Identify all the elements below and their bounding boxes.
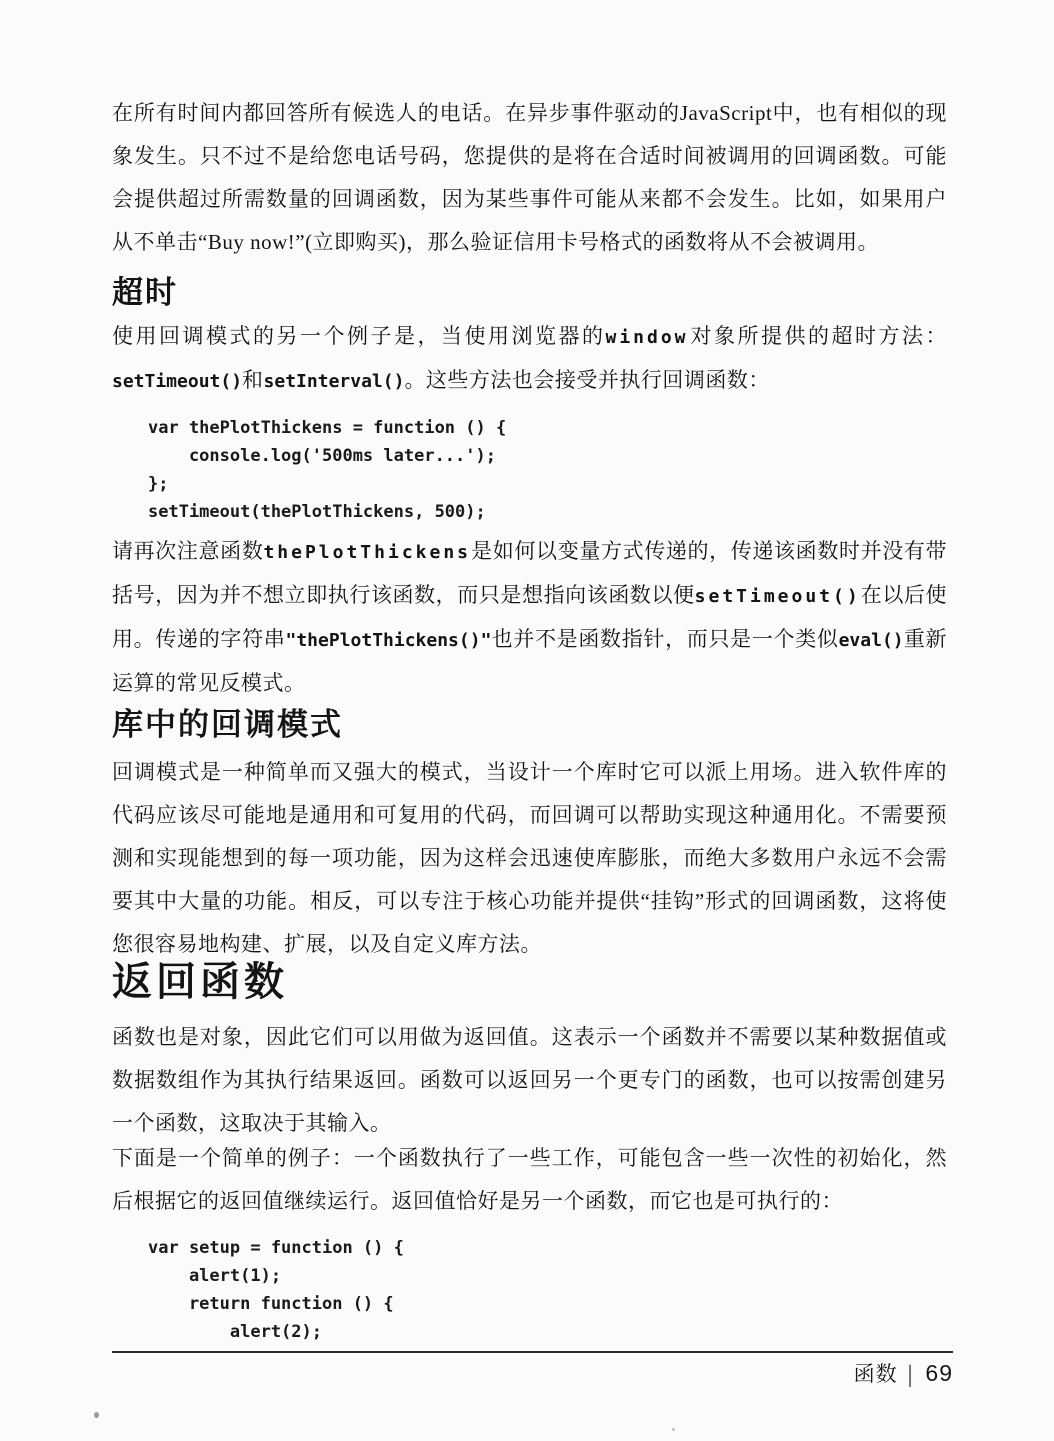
paragraph-timeout: 使用回调模式的另一个例子是，当使用浏览器的window对象所提供的超时方法：se… [112, 315, 947, 403]
code-line: setTimeout(thePlotThickens, 500); [148, 498, 983, 526]
scan-speck [672, 1428, 675, 1431]
paragraph-functions-as-return-values: 函数也是对象，因此它们可以用做为返回值。这表示一个函数并不需要以某种数据值或数据… [112, 1016, 947, 1145]
page-footer: 函数|69 [112, 1358, 953, 1390]
text-run: 请再次注意函数 [112, 539, 263, 563]
code-line: var setup = function () { [148, 1234, 983, 1262]
scan-speck [94, 1412, 99, 1418]
heading-callback-patterns-in-libraries: 库中的回调模式 [112, 708, 947, 742]
book-page-scan: 在所有时间内都回答所有候选人的电话。在异步事件驱动的JavaScript中，也有… [0, 0, 1054, 1441]
text-run: 使用回调模式的另一个例子是，当使用浏览器的 [112, 324, 605, 348]
paragraph-timeout-note: 请再次注意函数thePlotThickens是如何以变量方式传递的，传递该函数时… [112, 530, 947, 705]
text-run: 和 [242, 368, 264, 392]
code-line: console.log('500ms later...'); [148, 442, 983, 470]
code-line: alert(2); [148, 1318, 983, 1346]
code-block-setup-example: var setup = function () { alert(1); retu… [112, 1234, 983, 1346]
footer-page-number: 69 [925, 1360, 953, 1386]
code-line: return function () { [148, 1290, 983, 1318]
inline-code-setinterval: setInterval() [264, 371, 405, 392]
code-block-settimeout-example: var thePlotThickens = function () { cons… [112, 414, 983, 526]
text-run: 也并不是函数指针，而只是一个类似 [491, 627, 838, 651]
text-run: 。这些方法也会接受并执行回调函数： [404, 368, 770, 392]
code-line: alert(1); [148, 1262, 983, 1290]
text-run: 对象所提供的超时方法： [689, 324, 948, 348]
inline-code-settimeout: setTimeout() [695, 586, 861, 607]
inline-code-theplotthickens-string: "thePlotThickens()" [286, 630, 492, 651]
paragraph-library-callbacks: 回调模式是一种简单而又强大的模式，当设计一个库时它可以派上用场。进入软件库的代码… [112, 751, 947, 966]
inline-code-window: window [605, 327, 688, 348]
footer-separator: | [908, 1360, 913, 1390]
code-line: }; [148, 470, 983, 498]
footer-chapter-title: 函数 [854, 1362, 898, 1386]
text-run: 在所有时间内都回答所有候选人的电话。在异步事件驱动的 [112, 101, 680, 125]
inline-code-settimeout: setTimeout() [112, 371, 242, 392]
text-run-buy-now: “Buy now!” [198, 230, 305, 254]
footer-rule [112, 1351, 953, 1353]
code-line: var thePlotThickens = function () { [148, 414, 983, 442]
heading-timeout: 超时 [112, 276, 947, 310]
paragraph-callbacks-intro: 在所有时间内都回答所有候选人的电话。在异步事件驱动的JavaScript中，也有… [112, 92, 947, 264]
heading-returning-functions: 返回函数 [112, 960, 947, 1004]
text-run: (立即购买)，那么验证信用卡号格式的函数将从不会被调用。 [305, 230, 879, 254]
inline-code-eval: eval() [839, 630, 904, 651]
paragraph-simple-example-intro: 下面是一个简单的例子：一个函数执行了一些工作，可能包含一些一次性的初始化，然后根… [112, 1137, 947, 1223]
text-run-javascript: JavaScript [680, 101, 772, 125]
inline-code-theplotthickens: thePlotThickens [263, 542, 471, 563]
